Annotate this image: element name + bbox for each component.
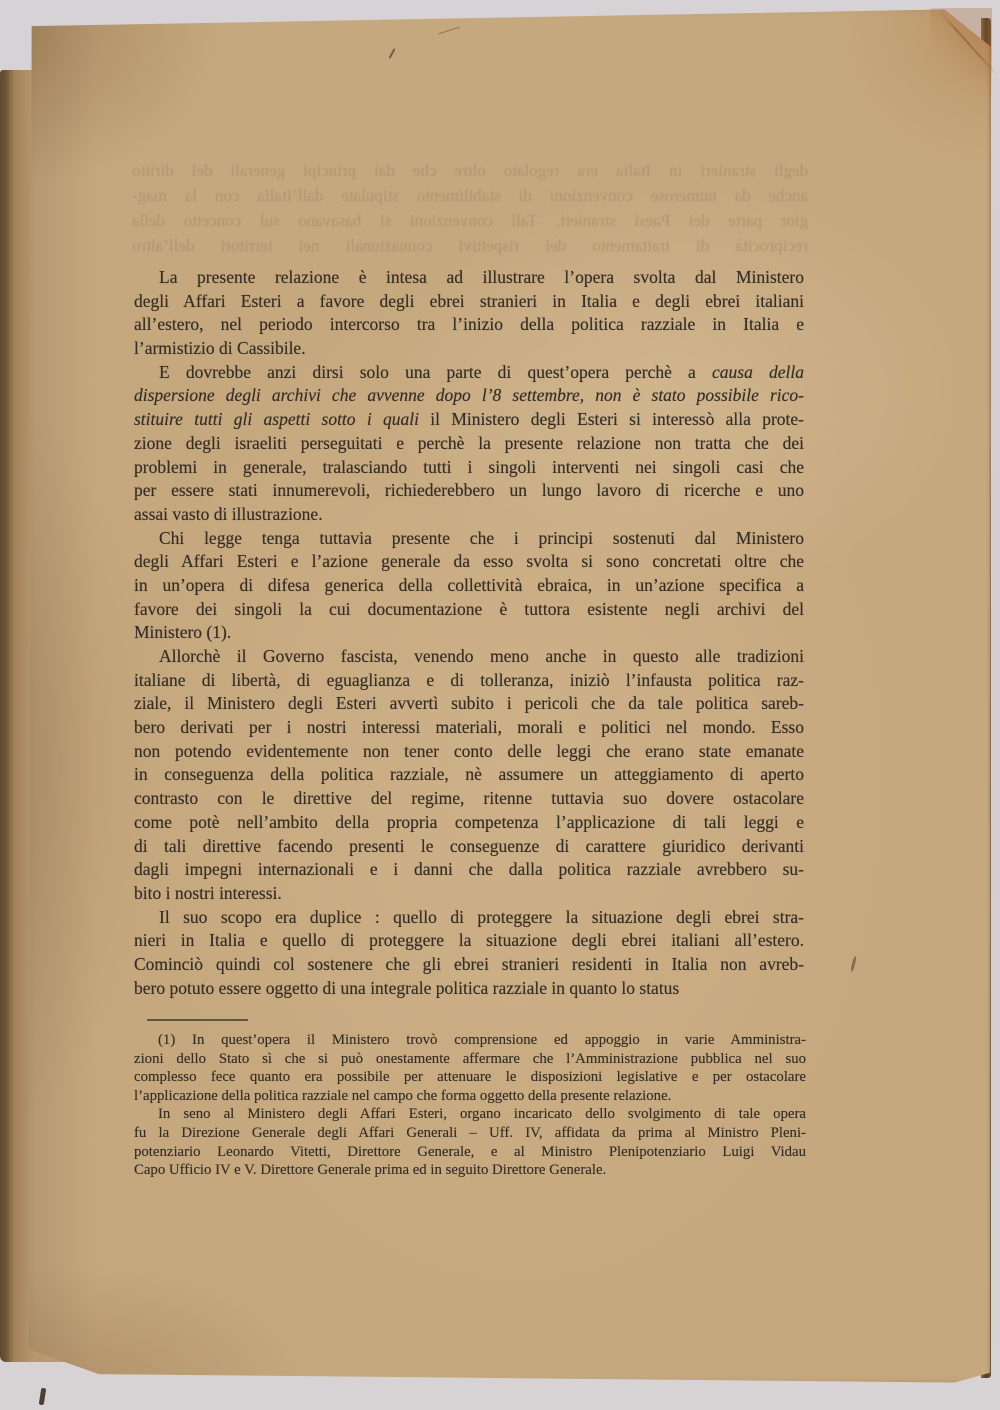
text-line: problemi in generale, tralasciando tutti…: [134, 456, 804, 480]
bleedthrough-line: reciprocità di trattamento dei rispettiv…: [132, 233, 808, 258]
text-line: all’estero, nel periodo intercorso tra l…: [134, 313, 804, 337]
text-line: degli Affari Esteri e l’azione generale …: [134, 550, 804, 574]
bleedthrough-line: gior parte dei Paesi stranieri. Tali con…: [132, 208, 808, 233]
text-line: in conseguenza della politica razziale, …: [134, 763, 804, 787]
text-line: dispersione degli archivi che avvenne do…: [134, 384, 804, 408]
text-line: come potè nell’ambito della propria comp…: [134, 811, 804, 835]
text-line: bero derivati per i nostri interessi mat…: [134, 716, 804, 740]
text-line: per essere stati innumerevoli, richieder…: [134, 479, 804, 503]
bleedthrough-line: degli stranieri in Italia era regolato o…: [132, 158, 808, 183]
text-line: bero potuto essere oggetto di una integr…: [134, 977, 804, 1001]
bleedthrough-line: anche da numerose convenzioni di stabili…: [132, 183, 808, 208]
text-line: La presente relazione è intesa ad illust…: [134, 266, 804, 290]
body-text: La presente relazione è intesa ad illust…: [134, 266, 804, 1000]
text-line: di tali direttive facendo presenti le co…: [134, 835, 804, 859]
scanned-page-photo: degli stranieri in Italia era regolato o…: [0, 0, 1000, 1410]
text-line: (1) In quest’opera il Ministero trovò co…: [134, 1031, 806, 1050]
text-line: ziale, il Ministero degli Esteri avvertì…: [134, 692, 804, 716]
text-line: non potendo evidentemente non tener cont…: [134, 740, 804, 764]
text-line: degli Affari Esteri a favore degli ebrei…: [134, 290, 804, 314]
text-line: Ministero (1).: [134, 621, 804, 645]
text-line: l’armistizio di Cassibile.: [134, 337, 804, 361]
text-line: Capo Ufficio IV e V. Direttore Generale …: [134, 1161, 806, 1180]
text-line: zioni dello Stato sì che si può onestame…: [134, 1050, 806, 1069]
text-line: l’applicazione della politica razziale n…: [134, 1087, 806, 1106]
footnote-separator: [147, 1019, 248, 1021]
text-line: dagli impegni internazionali e i danni c…: [134, 858, 804, 882]
text-line: bito i nostri interessi.: [134, 882, 804, 906]
text-line: Cominciò quindi col sostenere che gli eb…: [134, 953, 804, 977]
text-line: Chi legge tenga tuttavia presente che i …: [134, 527, 804, 551]
text-line: complesso fece quanto era possibile per …: [134, 1068, 806, 1087]
text-line: In seno al Ministero degli Affari Esteri…: [134, 1105, 806, 1124]
bleedthrough-text: degli stranieri in Italia era regolato o…: [132, 158, 808, 258]
text-line: in un’opera di difesa generica della col…: [134, 574, 804, 598]
corner-fold-shade: [930, 8, 992, 96]
footnote-text: (1) In quest’opera il Ministero trovò co…: [134, 1031, 806, 1180]
text-line: E dovrebbe anzi dirsi solo una parte di …: [134, 361, 804, 385]
text-line: zione degli israeliti perseguitati e per…: [134, 432, 804, 456]
ink-speck-bottom: [39, 1388, 47, 1406]
text-line: assai vasto di illustrazione.: [134, 503, 804, 527]
text-line: Il suo scopo era duplice : quello di pro…: [134, 906, 804, 930]
text-line: potenziario Leonardo Vitetti, Direttore …: [134, 1143, 806, 1162]
text-line: contrasto con le direttive del regime, r…: [134, 787, 804, 811]
text-line: Allorchè il Governo fascista, venendo me…: [134, 645, 804, 669]
text-line: fu la Direzione Generale degli Affari Ge…: [134, 1124, 806, 1143]
text-line: nieri in Italia e quello di proteggere l…: [134, 929, 804, 953]
text-line: favore dei singoli la cui documentazione…: [134, 598, 804, 622]
text-line: stituire tutti gli aspetti sotto i quali…: [134, 408, 804, 432]
text-line: italiane di libertà, di eguaglianza e di…: [134, 669, 804, 693]
